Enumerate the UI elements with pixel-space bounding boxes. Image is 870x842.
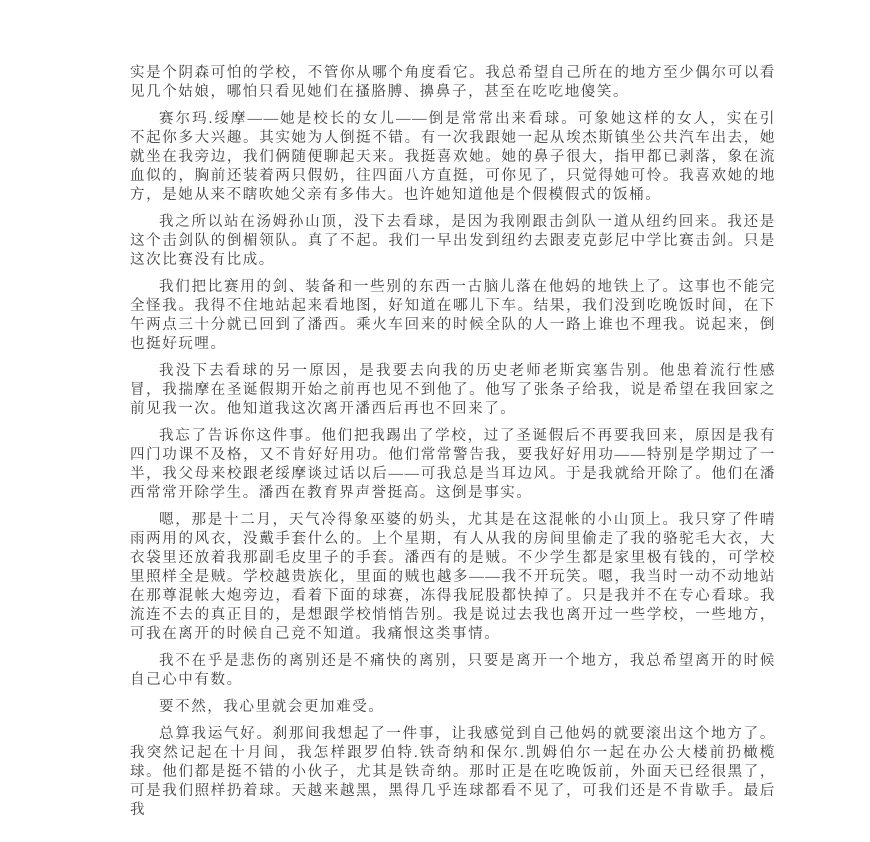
paragraph: 我之所以站在汤姆孙山顶，没下去看球，是因为我刚跟击剑队一道从纽约回来。我还是这个… xyxy=(130,213,776,270)
document-text: 实是个阴森可怕的学校，不管你从哪个角度看它。我总希望自己所在的地方至少偶尔可以看… xyxy=(130,64,776,828)
paragraph: 我忘了告诉你这件事。他们把我踢出了学校，过了圣诞假后不再要我回来，原因是我有四门… xyxy=(130,427,776,503)
paragraph: 我们把比赛用的剑、装备和一些别的东西一古脑儿落在他妈的地铁上了。这事也不能完全怪… xyxy=(130,278,776,354)
paragraph: 赛尔玛.绥摩——她是校长的女儿——倒是常常出来看球。可象她这样的女人，实在引不起… xyxy=(130,110,776,205)
paragraph: 嗯，那是十二月，天气冷得象巫婆的奶头，尤其是在这混帐的小山顶上。我只穿了件晴雨两… xyxy=(130,511,776,644)
paragraph: 要不然，我心里就会更加难受。 xyxy=(130,698,776,717)
paragraph: 我没下去看球的另一原因，是我要去向我的历史老师老斯宾塞告别。他患着流行性感 冒，… xyxy=(130,362,776,419)
document-page: 实是个阴森可怕的学校，不管你从哪个角度看它。我总希望自己所在的地方至少偶尔可以看… xyxy=(0,0,870,842)
paragraph: 实是个阴森可怕的学校，不管你从哪个角度看它。我总希望自己所在的地方至少偶尔可以看… xyxy=(130,64,776,102)
paragraph: 总算我运气好。刹那间我想起了一件事，让我感觉到自己他妈的就要滚出这个地方了。我突… xyxy=(130,725,776,820)
paragraph: 我不在乎是悲伤的离别还是不痛快的离别，只要是离开一个地方，我总希望离开的时候自己… xyxy=(130,652,776,690)
